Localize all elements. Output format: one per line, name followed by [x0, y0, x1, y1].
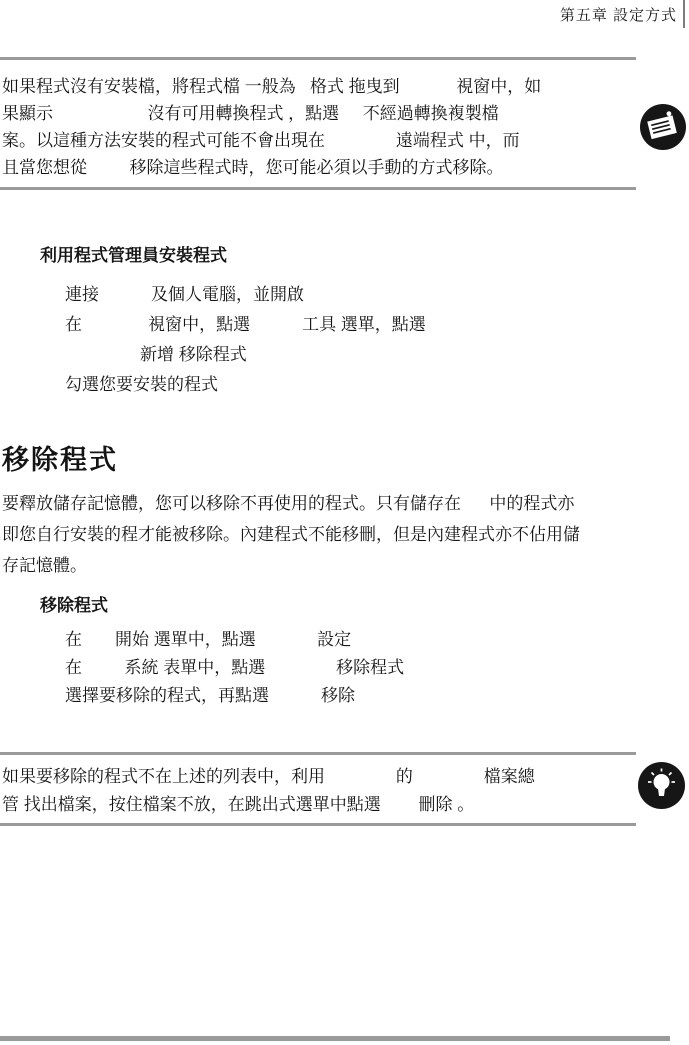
- step-item: 選擇要移除的程式，再點選 移除: [65, 682, 404, 710]
- note-line: 管 找出檔案，按住檔案不放，在跳出式選單中點選 刪除 。: [2, 791, 636, 819]
- step-item: 在 系統 表單中，點選 移除程式: [65, 654, 404, 682]
- step-item-continuation: 新增 移除程式: [140, 340, 426, 370]
- note-block-bottom: 如果要移除的程式不在上述的列表中，利用 的 檔案總 管 找出檔案，按住檔案不放，…: [0, 752, 636, 826]
- lightbulb-icon: [637, 761, 685, 809]
- remove-subheading: 移除程式: [40, 591, 108, 616]
- remove-paragraph: 要釋放儲存記憶體，您可以移除不再使用的程式。只有儲存在 中的程式亦 即您自行安裝…: [2, 488, 580, 581]
- install-steps: 連接 及個人電腦，並開啟 在 視窗中，點選 工具 選單，點選 新增 移除程式 勾…: [65, 280, 426, 400]
- step-item: 勾選您要安裝的程式: [65, 370, 426, 400]
- remove-section-title: 移除程式: [2, 438, 118, 477]
- step-item: 在 視窗中，點選 工具 選單，點選: [65, 310, 426, 340]
- paragraph-line: 即您自行安裝的程才能被移除。內建程式不能移刪，但是內建程式亦不佔用儲: [2, 519, 580, 550]
- paragraph-line: 存記憶體。: [2, 550, 580, 581]
- chapter-title: 第五章 設定方式: [560, 7, 677, 24]
- page-header: 第五章 設定方式: [560, 4, 677, 25]
- note-block-top: 如果程式沒有安裝檔，將程式檔 一般為 格式 拖曳到 視窗中，如 果顯示 沒有可用…: [0, 57, 636, 190]
- note-line: 如果程式沒有安裝檔，將程式檔 一般為 格式 拖曳到 視窗中，如: [2, 73, 636, 100]
- page-bottom-rule: [0, 1036, 670, 1041]
- paragraph-line: 要釋放儲存記憶體，您可以移除不再使用的程式。只有儲存在 中的程式亦: [2, 488, 580, 519]
- step-item: 在 開始 選單中，點選 設定: [65, 626, 404, 654]
- note-line: 果顯示 沒有可用轉換程式 ，點選 不經過轉換複製檔: [2, 100, 636, 127]
- note-line: 且當您想從 移除這些程式時，您可能必須以手動的方式移除。: [2, 154, 636, 181]
- remove-steps: 在 開始 選單中，點選 設定 在 系統 表單中，點選 移除程式 選擇要移除的程式…: [65, 626, 404, 710]
- step-item: 連接 及個人電腦，並開啟: [65, 280, 426, 310]
- note-icon: [639, 103, 687, 151]
- install-heading: 利用程式管理員安裝程式: [40, 241, 227, 266]
- note-line: 案。以這種方法安裝的程式可能不會出現在 遠端程式 中，而: [2, 127, 636, 154]
- header-edge-divider: [683, 0, 685, 28]
- note-line: 如果要移除的程式不在上述的列表中，利用 的 檔案總: [2, 763, 636, 791]
